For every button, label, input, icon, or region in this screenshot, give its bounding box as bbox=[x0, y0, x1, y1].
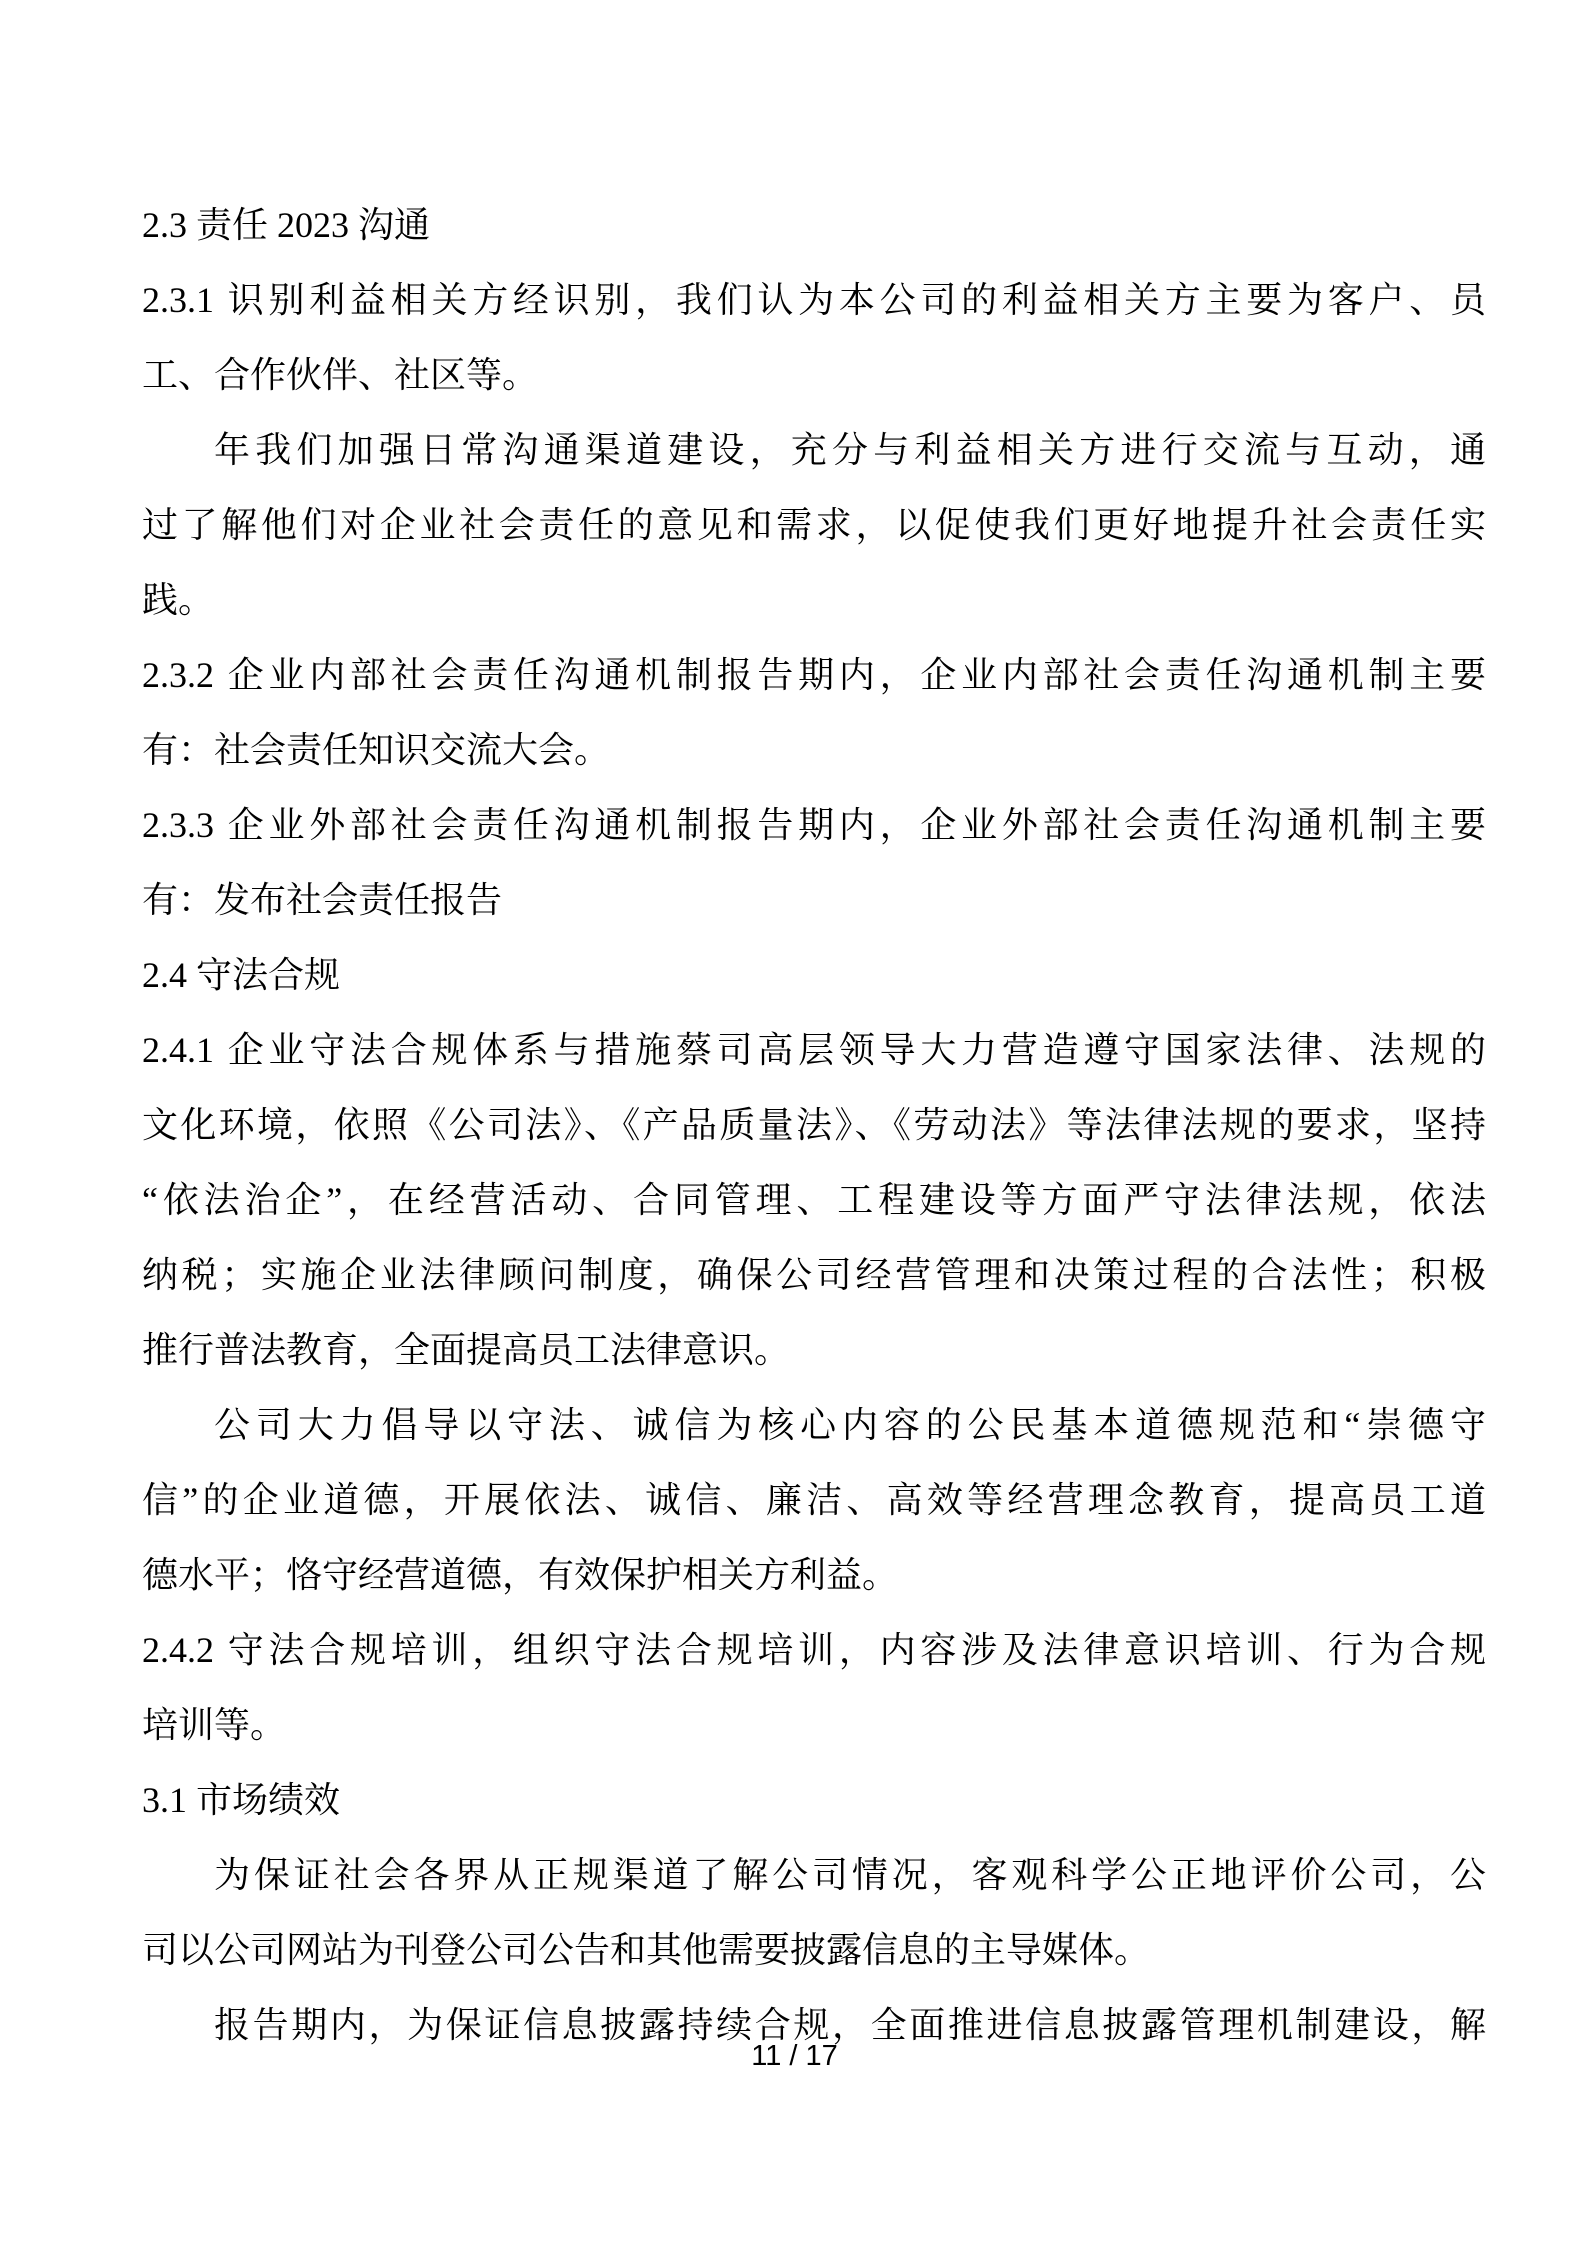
text-line: 有：社会责任知识交流大会。 bbox=[142, 713, 1486, 788]
page-number: 11 / 17 bbox=[0, 2034, 1589, 2079]
text-line: “依法治企”，在经营活动、合同管理、工程建设等方面严守法律法规，依法 bbox=[142, 1163, 1486, 1238]
text-line: 纳税；实施企业法律顾问制度，确保公司经营管理和决策过程的合法性；积极 bbox=[142, 1238, 1486, 1313]
text-line: 德水平；恪守经营道德，有效保护相关方利益。 bbox=[142, 1538, 1486, 1613]
text-line: 2.4.1 企业守法合规体系与措施蔡司高层领导大力营造遵守国家法律、法规的 bbox=[142, 1013, 1486, 1088]
text-line: 2.4.2 守法合规培训，组织守法合规培训，内容涉及法律意识培训、行为合规 bbox=[142, 1613, 1486, 1688]
text-line: 过了解他们对企业社会责任的意见和需求，以促使我们更好地提升社会责任实 bbox=[142, 488, 1486, 563]
text-line: 工、合作伙伴、社区等。 bbox=[142, 338, 1486, 413]
text-line: 2.3.1 识别利益相关方经识别，我们认为本公司的利益相关方主要为客户、员 bbox=[142, 263, 1486, 338]
text-line: 信”的企业道德，开展依法、诚信、廉洁、高效等经营理念教育，提高员工道 bbox=[142, 1463, 1486, 1538]
text-line: 有：发布社会责任报告 bbox=[142, 863, 1486, 938]
text-line: 为保证社会各界从正规渠道了解公司情况，客观科学公正地评价公司，公 bbox=[142, 1838, 1486, 1913]
document-body: 2.3 责任 2023 沟通2.3.1 识别利益相关方经识别，我们认为本公司的利… bbox=[142, 188, 1486, 2063]
text-line: 年我们加强日常沟通渠道建设，充分与利益相关方进行交流与互动，通 bbox=[142, 413, 1486, 488]
text-line: 2.3 责任 2023 沟通 bbox=[142, 188, 1486, 263]
text-line: 践。 bbox=[142, 563, 1486, 638]
text-line: 2.3.3 企业外部社会责任沟通机制报告期内，企业外部社会责任沟通机制主要 bbox=[142, 788, 1486, 863]
text-line: 文化环境，依照《公司法》、《产品质量法》、《劳动法》等法律法规的要求，坚持 bbox=[142, 1088, 1486, 1163]
text-line: 推行普法教育，全面提高员工法律意识。 bbox=[142, 1313, 1486, 1388]
text-line: 2.4 守法合规 bbox=[142, 938, 1486, 1013]
text-line: 2.3.2 企业内部社会责任沟通机制报告期内，企业内部社会责任沟通机制主要 bbox=[142, 638, 1486, 713]
text-line: 公司大力倡导以守法、诚信为核心内容的公民基本道德规范和“崇德守 bbox=[142, 1388, 1486, 1463]
document-page: 2.3 责任 2023 沟通2.3.1 识别利益相关方经识别，我们认为本公司的利… bbox=[0, 0, 1589, 2245]
text-line: 3.1 市场绩效 bbox=[142, 1763, 1486, 1838]
text-line: 司以公司网站为刊登公司公告和其他需要披露信息的主导媒体。 bbox=[142, 1913, 1486, 1988]
text-line: 培训等。 bbox=[142, 1688, 1486, 1763]
